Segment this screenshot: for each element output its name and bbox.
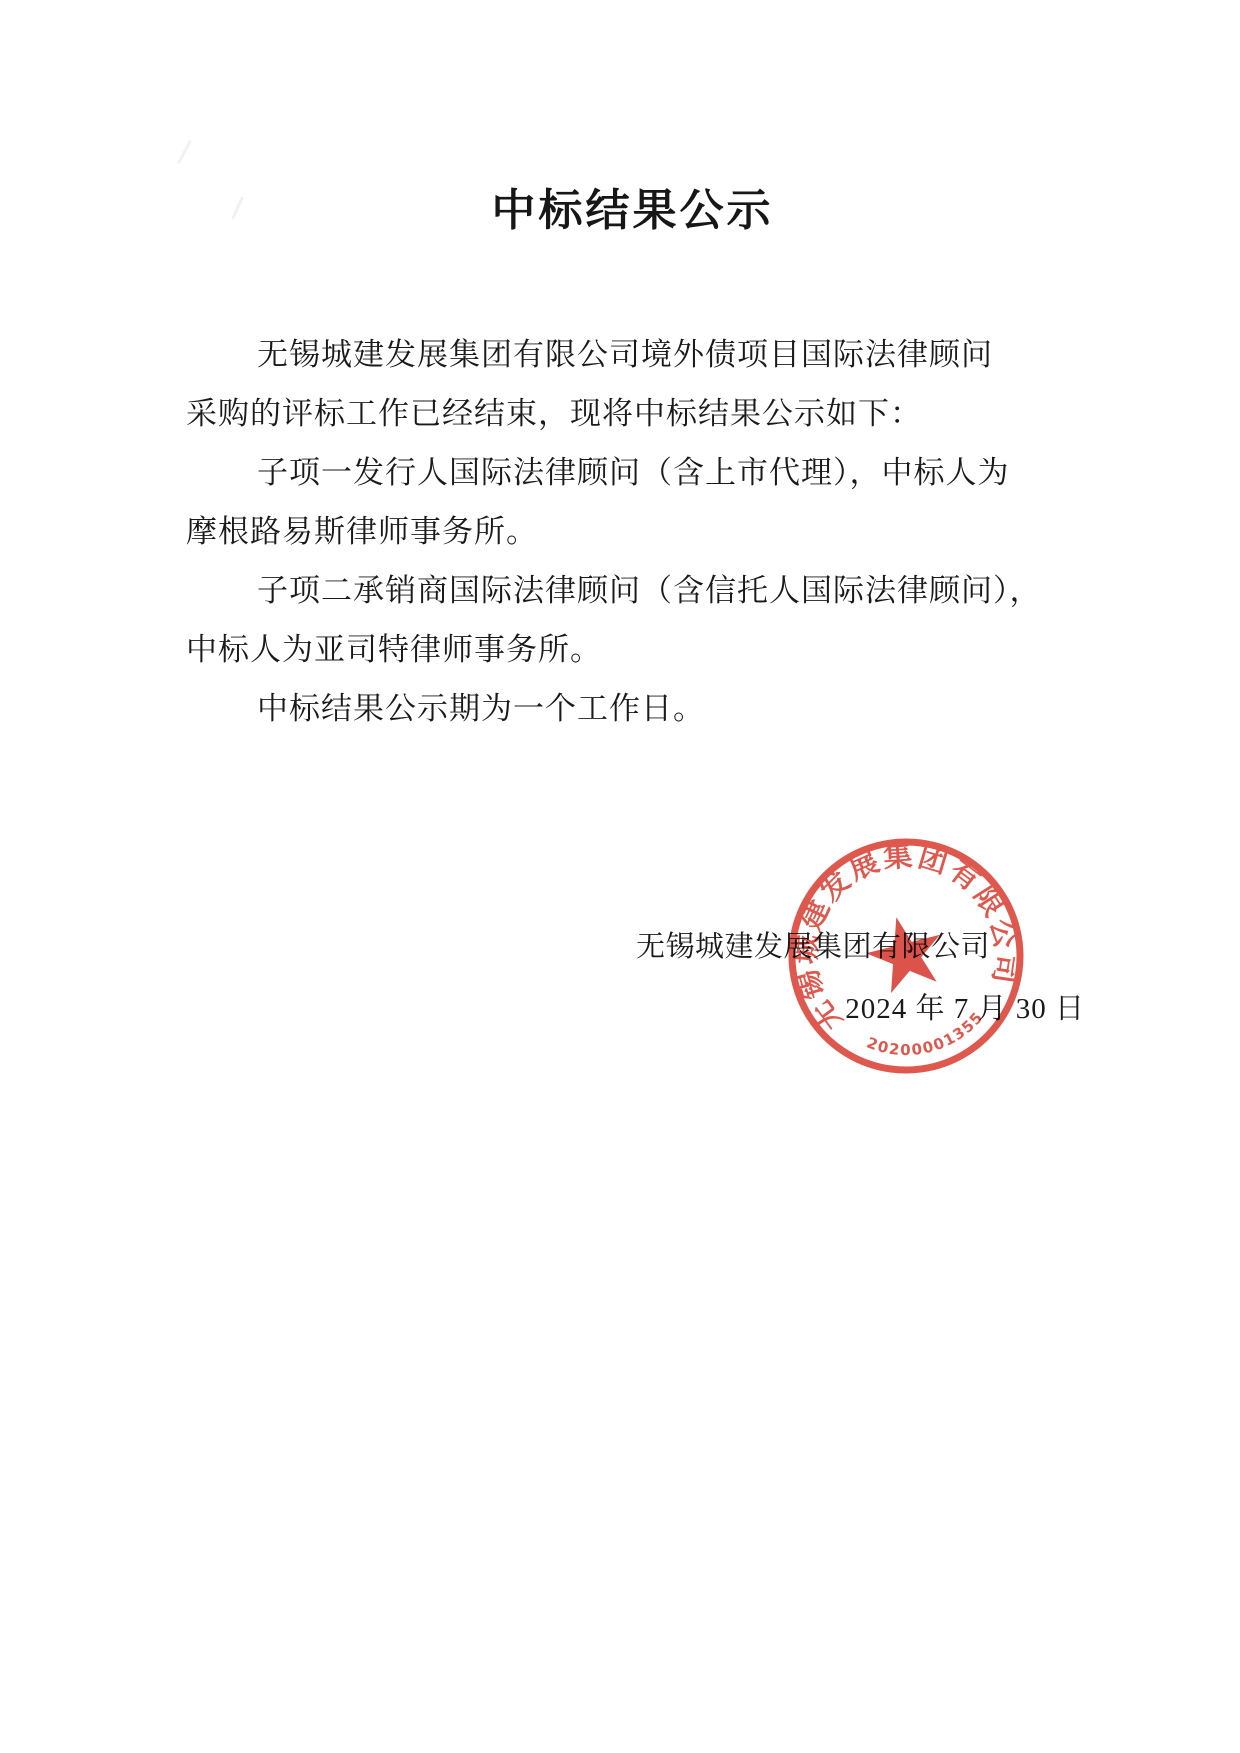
body-line: 无锡城建发展集团有限公司境外债项目国际法律顾问 [186,325,1146,384]
body-line: 摩根路易斯律师事务所。 [186,502,1146,561]
body-text: 无锡城建发展集团有限公司境外债项目国际法律顾问 采购的评标工作已经结束，现将中标… [186,325,1146,738]
body-line: 采购的评标工作已经结束，现将中标结果公示如下： [186,384,1146,443]
body-line: 子项二承销商国际法律顾问（含信托人国际法律顾问）， [186,561,1146,620]
company-seal: 无锡城建发展集团有限公司 3202000013553 [774,824,1038,1088]
body-line: 中标结果公示期为一个工作日。 [186,679,1146,738]
document-page: 中标结果公示 无锡城建发展集团有限公司境外债项目国际法律顾问 采购的评标工作已经… [0,0,1240,1753]
body-line: 中标人为亚司特律师事务所。 [186,620,1146,679]
page-title: 中标结果公示 [180,174,1085,238]
seal-star-icon [859,908,950,997]
body-line: 子项一发行人国际法律顾问（含上市代理），中标人为 [186,443,1146,502]
scan-artifact [177,140,192,164]
